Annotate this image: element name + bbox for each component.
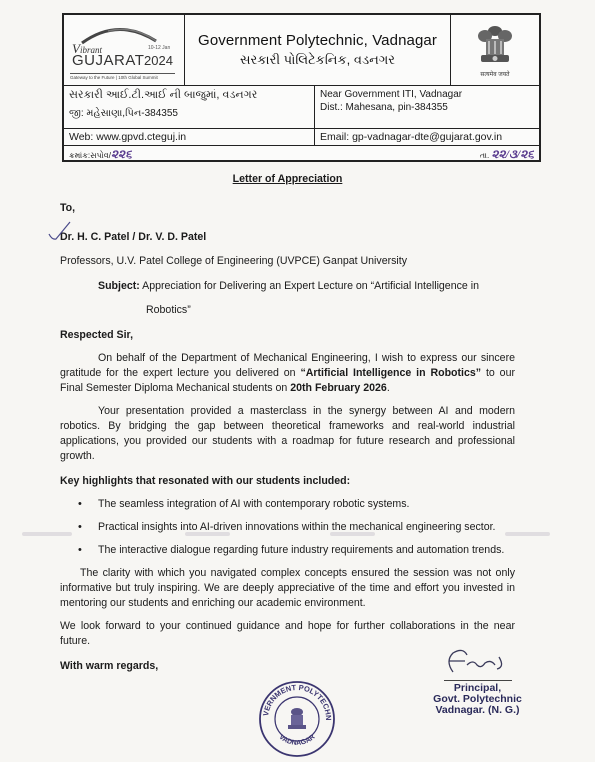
highlights-list: •The seamless integration of AI with con… (60, 497, 515, 558)
ashoka-emblem-icon (473, 23, 517, 69)
checkmark-icon (48, 220, 78, 242)
scan-smudge (330, 532, 375, 536)
recipient-designation: Professors, U.V. Patel College of Engine… (60, 254, 515, 269)
national-emblem: सत्यमेव जयते (450, 15, 539, 85)
subject-line: Subject: Appreciation for Delivering an … (60, 279, 515, 318)
email-link[interactable]: Email: gp-vadnagar-dte@gujarat.gov.in (315, 129, 539, 145)
bullet-icon: • (60, 497, 98, 512)
bullet-icon: • (60, 543, 98, 558)
address-english: Near Government ITI, Vadnagar Dist.: Mah… (315, 86, 539, 128)
address-gujarati: સરકારી આઈ.ટી.આઈ ની બાજુમાં, વડનગર જી: મહ… (64, 86, 315, 128)
list-item: •The seamless integration of AI with con… (60, 497, 515, 512)
letter-heading: Letter of Appreciation (60, 172, 515, 187)
paragraph-4: We look forward to your continued guidan… (60, 619, 515, 649)
signature-icon (443, 647, 513, 677)
scan-smudge (22, 532, 72, 536)
paragraph-1: On behalf of the Department of Mechanica… (60, 351, 515, 396)
list-item: •Practical insights into AI-driven innov… (60, 520, 515, 535)
paragraph-3: The clarity with which you navigated com… (60, 566, 515, 611)
svg-text:VADNAGAR: VADNAGAR (278, 734, 317, 747)
salutation: Respected Sir, (60, 328, 515, 343)
official-seal-icon: GOVERNMENT POLYTECHNIC VADNAGAR (258, 680, 336, 758)
scan-smudge (505, 532, 550, 536)
reference-row: ક્રમાંક:સપોવ/૨૨૬ તા. ૨૨/૩/૨૬ (64, 146, 539, 160)
letterhead: Vibrant 10-12 Jan GUJARAT 2024 Gateway t… (62, 13, 541, 162)
reference-number: ક્રમાંક:સપોવ/૨૨૬ (69, 147, 132, 159)
scan-smudge (185, 532, 230, 536)
recipient-name: Dr. H. C. Patel / Dr. V. D. Patel (60, 230, 515, 245)
vibrant-gujarat-logo: Vibrant 10-12 Jan GUJARAT 2024 Gateway t… (64, 15, 185, 85)
website-link[interactable]: Web: www.gpvd.cteguj.in (64, 129, 315, 145)
institute-title-gujarati: સરકારી પોલિટેકનિક, વડનગર (240, 52, 395, 68)
institute-title: Government Polytechnic, Vadnagar (198, 32, 437, 49)
letter-page: Vibrant 10-12 Jan GUJARAT 2024 Gateway t… (0, 0, 595, 762)
list-item: •The interactive dialogue regarding futu… (60, 543, 515, 558)
to-label: To, (60, 201, 515, 216)
signature-block: Principal, Govt. Polytechnic Vadnagar. (… (420, 647, 535, 716)
letter-date: તા. ૨૨/૩/૨૬ (480, 147, 534, 159)
letter-body: Letter of Appreciation To, Dr. H. C. Pat… (60, 172, 515, 674)
highlights-heading: Key highlights that resonated with our s… (60, 474, 515, 489)
paragraph-2: Your presentation provided a masterclass… (60, 404, 515, 464)
